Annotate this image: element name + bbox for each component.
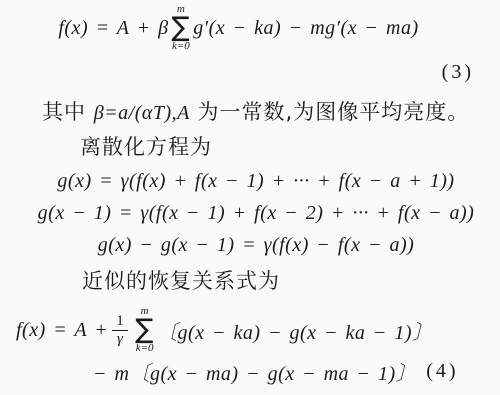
sigma-icon: ∑ <box>172 15 191 41</box>
paragraph-recovery-relation: 近似的恢复关系式为 <box>82 265 280 295</box>
equation-4-line-1-tail: 〔g(x − ka) − g(x − ka − 1)〕 <box>157 316 433 345</box>
equation-4-line-1: f(x) = A + 1 γ m ∑ k=0 〔g(x − ka) − g(x … <box>16 303 433 357</box>
sum-lower-limit: k=0 <box>136 343 154 354</box>
equation-3-number: (3) <box>442 61 474 84</box>
equation-4-before-frac: f(x) = A + <box>16 319 108 342</box>
paragraph-beta-prefix: 其中 <box>42 100 94 124</box>
fraction-one-over-gamma: 1 γ <box>112 314 128 347</box>
equation-g-line-2: g(x − 1) = γ(f(x − 1) + f(x − 2) + ··· +… <box>12 202 500 225</box>
equation-4-number: (4) <box>426 360 458 383</box>
paragraph-beta-definition: 其中 β=a/(αT),A 为一常数,为图像平均亮度。 <box>42 96 469 126</box>
paragraph-beta-math: β=a/(αT),A <box>94 102 190 124</box>
sigma-icon: ∑ <box>135 317 154 343</box>
sum-lower-limit: k=0 <box>172 41 190 52</box>
equation-4-line-2: − m〔g(x − ma) − g(x − ma − 1)〕 (4) <box>93 357 459 386</box>
equation-g-line-3: g(x) − g(x − 1) = γ(f(x) − f(x − a)) <box>12 234 500 257</box>
equation-3-after-sum: g′(x − ka) − mg′(x − ma) <box>193 17 418 40</box>
summation-symbol: m ∑ k=0 <box>172 4 191 52</box>
equation-4-line-2-body: − m〔g(x − ma) − g(x − ma − 1)〕 <box>93 357 416 386</box>
paragraph-beta-suffix: 为一常数,为图像平均亮度。 <box>190 100 469 124</box>
fraction-numerator: 1 <box>112 314 128 331</box>
summation-symbol: m ∑ k=0 <box>135 306 154 354</box>
paragraph-discretization: 离散化方程为 <box>80 131 212 161</box>
fraction-denominator: γ <box>117 331 123 347</box>
equation-g-line-1: g(x) = γ(f(x) + f(x − 1) + ··· + f(x − a… <box>12 170 500 193</box>
equation-3-before-sum: f(x) = A + β <box>58 17 168 40</box>
scanned-paper-page: f(x) = A + β m ∑ k=0 g′(x − ka) − mg′(x … <box>0 0 500 395</box>
equation-3-line: f(x) = A + β m ∑ k=0 g′(x − ka) − mg′(x … <box>0 2 477 54</box>
